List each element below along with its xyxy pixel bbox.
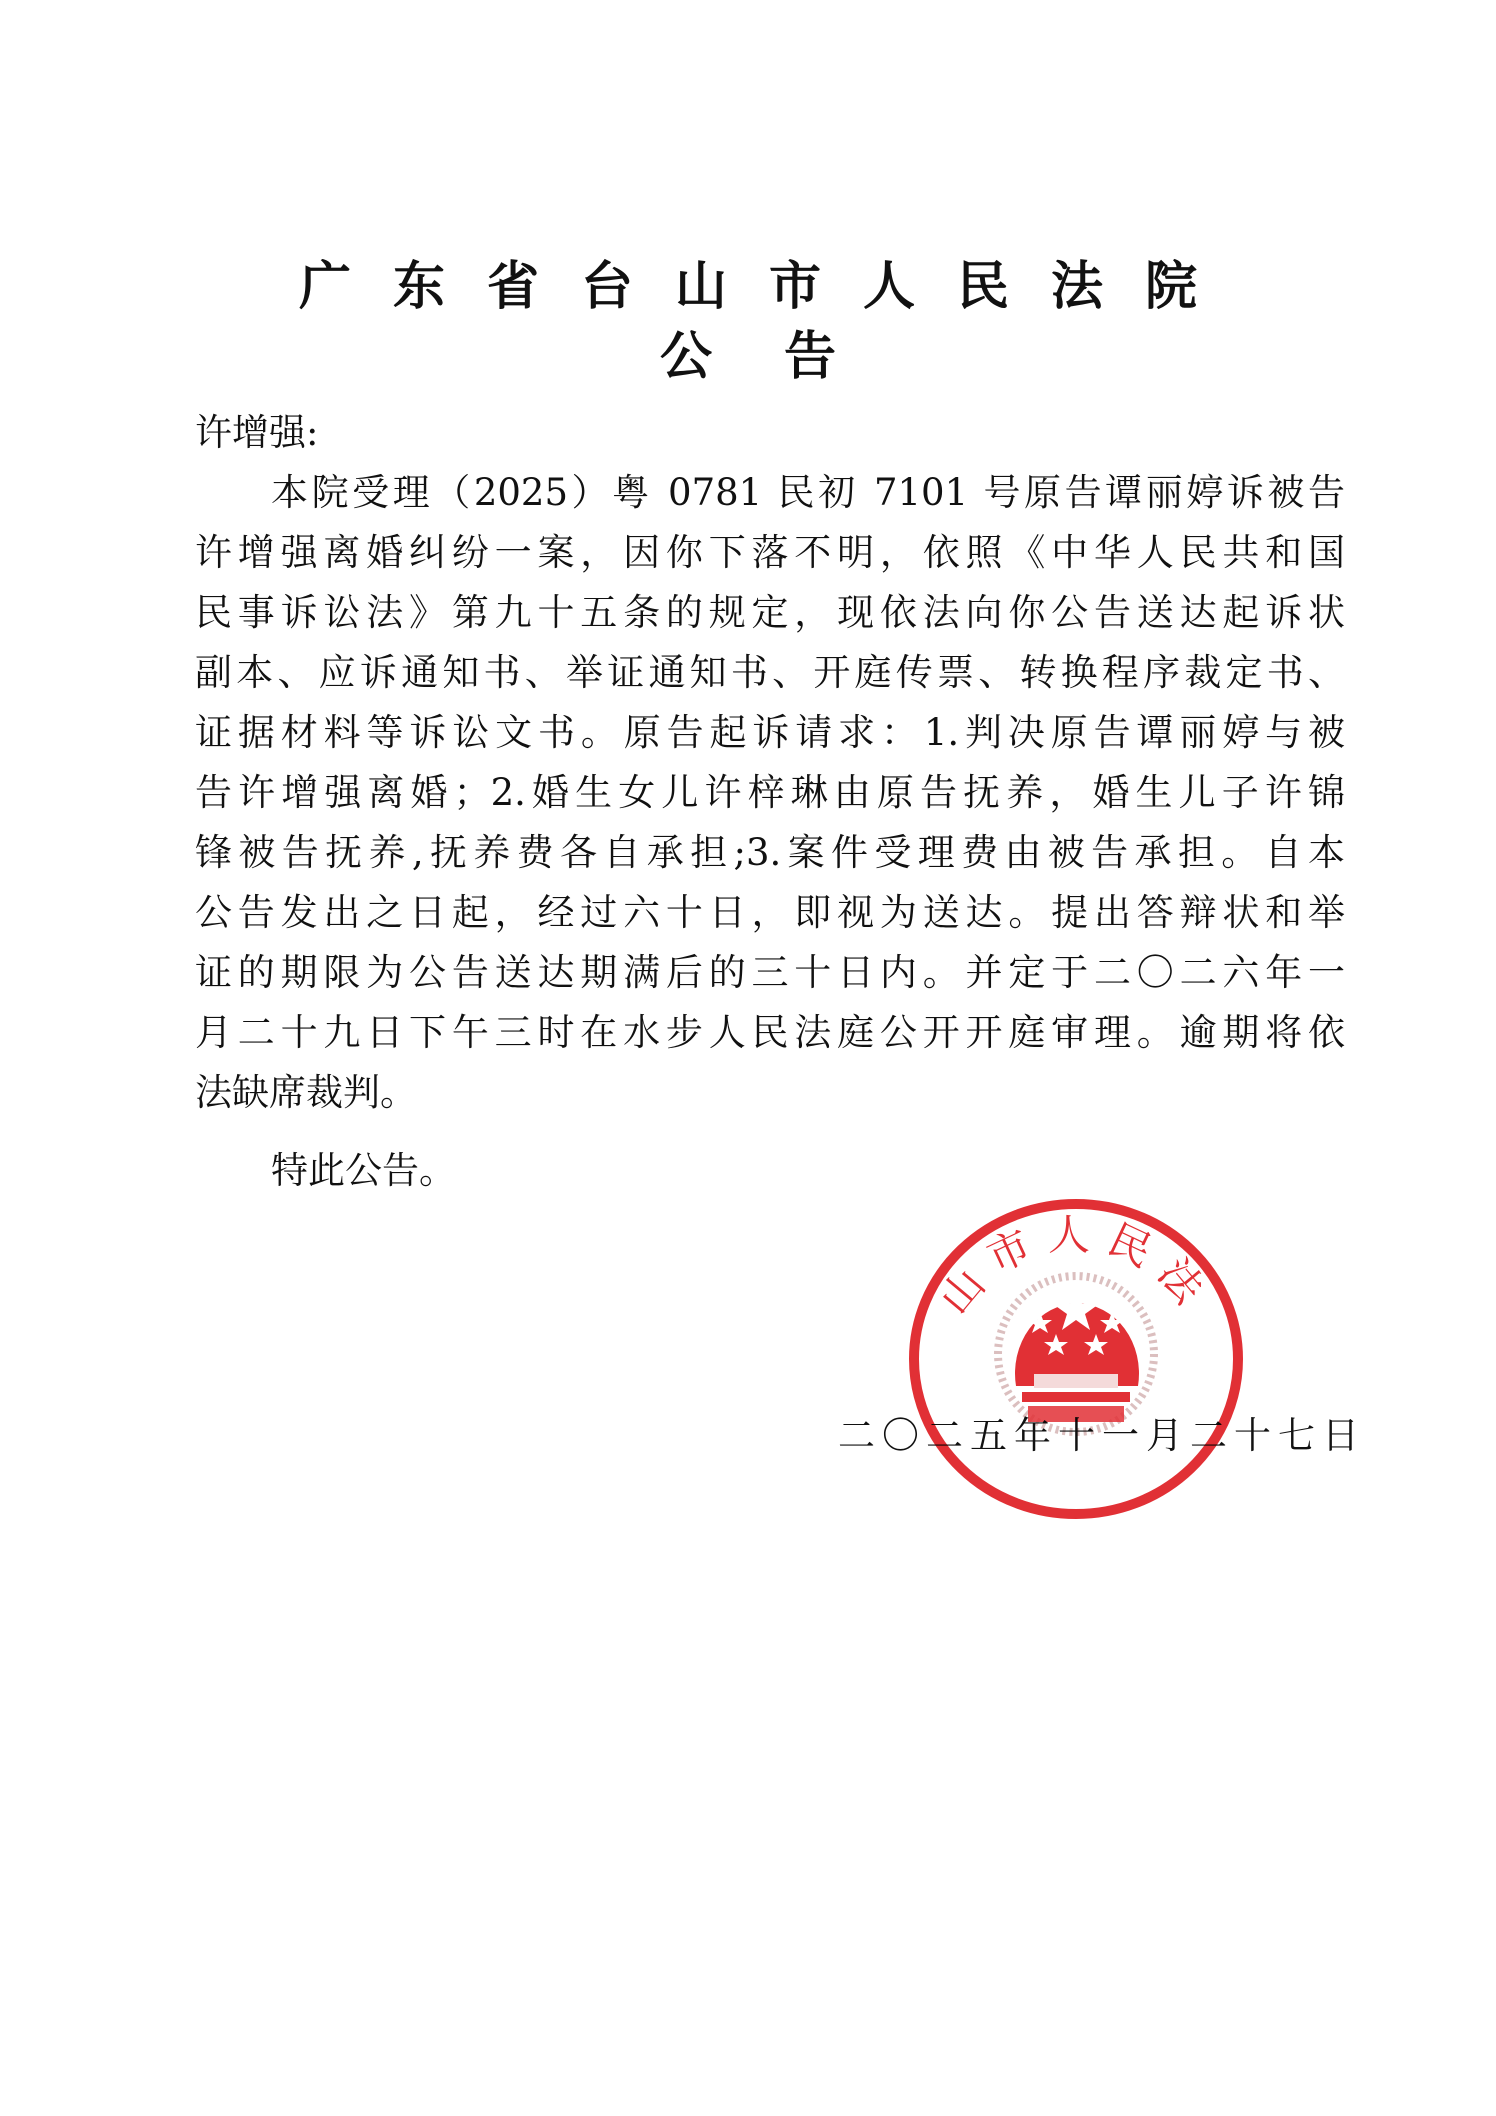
body-line: 本院受理（2025）粤 0781 民初 7101 号原告谭丽婷诉被告 xyxy=(195,466,1345,526)
national-emblem-icon xyxy=(998,1276,1154,1432)
body-line: 证据材料等诉讼文书。原告起诉请求：1.判决原告谭丽婷与被 xyxy=(195,706,1345,766)
court-seal-icon: 山市人民法 xyxy=(906,1196,1246,1522)
body-line: 公告发出之日起，经过六十日，即视为送达。提出答辩状和举 xyxy=(195,886,1345,946)
notice-body: 本院受理（2025）粤 0781 民初 7101 号原告谭丽婷诉被告 许增强离婚… xyxy=(195,466,1345,1126)
body-line: 证的期限为公告送达期满后的三十日内。并定于二〇二六年一 xyxy=(195,946,1345,1006)
court-name-title: 广东省台山市人民法院 xyxy=(0,252,1496,322)
body-line: 民事诉讼法》第九十五条的规定，现依法向你公告送达起诉状 xyxy=(195,586,1345,646)
body-line: 月二十九日下午三时在水步人民法庭公开开庭审理。逾期将依 xyxy=(195,1006,1345,1066)
body-line: 告许增强离婚；2.婚生女儿许梓琳由原告抚养，婚生儿子许锦 xyxy=(195,766,1345,826)
body-line: 副本、应诉通知书、举证通知书、开庭传票、转换程序裁定书、 xyxy=(195,646,1345,706)
addressee: 许增强: xyxy=(195,408,318,458)
body-line: 许增强离婚纠纷一案，因你下落不明，依照《中华人民共和国 xyxy=(195,526,1345,586)
body-line: 锋被告抚养,抚养费各自承担;3.案件受理费由被告承担。自本 xyxy=(195,826,1345,886)
document-type-title: 公告 xyxy=(0,322,1496,392)
body-line: 法缺席裁判。 xyxy=(195,1066,1345,1126)
closing-statement: 特此公告。 xyxy=(271,1146,456,1196)
